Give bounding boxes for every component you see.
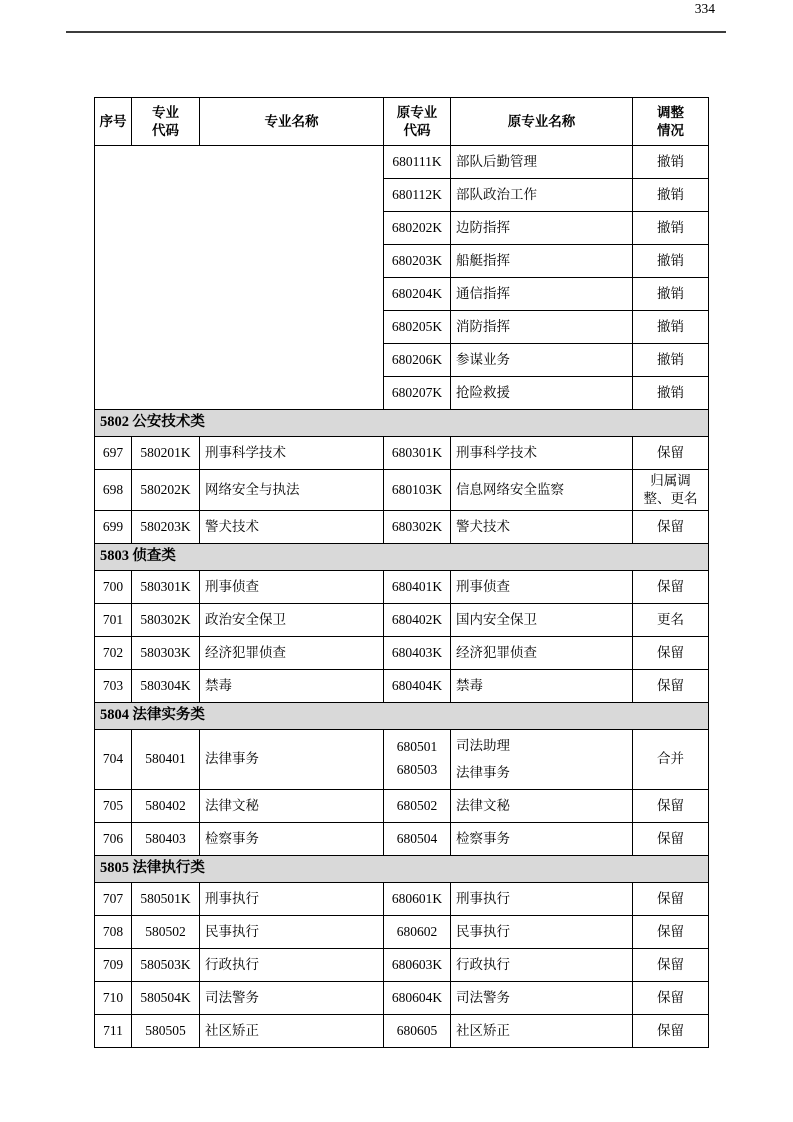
- major-code-cell: 580201K: [132, 437, 200, 470]
- old-name-cell: 部队政治工作: [451, 179, 633, 212]
- old-code-cell: 680111K: [384, 146, 451, 179]
- table-row: 697580201K刑事科学技术680301K刑事科学技术保留: [95, 437, 709, 470]
- header-major-code: 专业 代码: [132, 98, 200, 146]
- serial-cell: 703: [95, 669, 132, 702]
- major-name-cell: 经济犯罪侦查: [200, 636, 384, 669]
- table-row: 704580401法律事务680501 680503司法助理 法律事务合并: [95, 729, 709, 789]
- section-code: 5805: [100, 860, 129, 876]
- table-row: 700580301K刑事侦查680401K刑事侦查保留: [95, 570, 709, 603]
- old-name-cell: 社区矫正: [451, 1014, 633, 1047]
- section-header-row: 5804 法律实务类: [95, 702, 709, 729]
- adjustment-cell: 撤销: [633, 146, 709, 179]
- adjustment-cell: 撤销: [633, 278, 709, 311]
- old-name-cell: 部队后勤管理: [451, 146, 633, 179]
- old-name-cell: 边防指挥: [451, 212, 633, 245]
- major-code-cell: 580501K: [132, 882, 200, 915]
- old-code-cell: 680602: [384, 915, 451, 948]
- adjustment-cell: 保留: [633, 981, 709, 1014]
- adjustment-cell: 保留: [633, 636, 709, 669]
- major-code-cell: 580402: [132, 789, 200, 822]
- old-name-cell: 消防指挥: [451, 311, 633, 344]
- major-name-cell: 刑事科学技术: [200, 437, 384, 470]
- old-name-cell: 司法警务: [451, 981, 633, 1014]
- header-serial: 序号: [95, 98, 132, 146]
- old-code-cell: 680103K: [384, 470, 451, 511]
- header-adjustment: 调整 情况: [633, 98, 709, 146]
- old-code-cell: 680206K: [384, 344, 451, 377]
- table-row: 680111K部队后勤管理撤销: [95, 146, 709, 179]
- section-title: 5802 公安技术类: [95, 410, 709, 437]
- serial-cell: 699: [95, 510, 132, 543]
- adjustment-cell: 保留: [633, 822, 709, 855]
- major-name-cell: 司法警务: [200, 981, 384, 1014]
- major-name-cell: 刑事执行: [200, 882, 384, 915]
- serial-cell: 706: [95, 822, 132, 855]
- serial-cell: 698: [95, 470, 132, 511]
- merged-empty-cell: [95, 146, 384, 410]
- page-number: 334: [695, 1, 715, 17]
- old-name-cell: 经济犯罪侦查: [451, 636, 633, 669]
- old-name-cell: 抢险救援: [451, 377, 633, 410]
- adjustment-cell: 保留: [633, 948, 709, 981]
- adjustment-cell: 撤销: [633, 245, 709, 278]
- major-name-cell: 警犬技术: [200, 510, 384, 543]
- table-row: 707580501K刑事执行680601K刑事执行保留: [95, 882, 709, 915]
- serial-cell: 707: [95, 882, 132, 915]
- old-code-cell: 680601K: [384, 882, 451, 915]
- major-name-cell: 法律文秘: [200, 789, 384, 822]
- table-row: 702580303K经济犯罪侦查680403K经济犯罪侦查保留: [95, 636, 709, 669]
- section-code: 5803: [100, 548, 129, 564]
- major-code-cell: 580504K: [132, 981, 200, 1014]
- header-old-code: 原专业 代码: [384, 98, 451, 146]
- adjustment-cell: 保留: [633, 915, 709, 948]
- old-name-cell: 参谋业务: [451, 344, 633, 377]
- major-name-cell: 民事执行: [200, 915, 384, 948]
- table-row: 709580503K行政执行680603K行政执行保留: [95, 948, 709, 981]
- serial-cell: 708: [95, 915, 132, 948]
- old-code-cell: 680204K: [384, 278, 451, 311]
- old-code-cell: 680501 680503: [384, 729, 451, 789]
- table-header: 序号 专业 代码 专业名称 原专业 代码 原专业名称 调整 情况: [95, 98, 709, 146]
- table-row: 701580302K政治安全保卫680402K国内安全保卫更名: [95, 603, 709, 636]
- serial-cell: 711: [95, 1014, 132, 1047]
- adjustment-cell: 保留: [633, 1014, 709, 1047]
- section-header-row: 5802 公安技术类: [95, 410, 709, 437]
- old-code-cell: 680504: [384, 822, 451, 855]
- table-row: 710580504K司法警务680604K司法警务保留: [95, 981, 709, 1014]
- old-code-cell: 680202K: [384, 212, 451, 245]
- section-code: 5804: [100, 707, 129, 723]
- major-name-cell: 法律事务: [200, 729, 384, 789]
- header-old-name: 原专业名称: [451, 98, 633, 146]
- old-name-cell: 警犬技术: [451, 510, 633, 543]
- old-name-cell: 刑事执行: [451, 882, 633, 915]
- adjustment-cell: 撤销: [633, 212, 709, 245]
- major-code-cell: 580502: [132, 915, 200, 948]
- section-title: 5805 法律执行类: [95, 855, 709, 882]
- section-label: 公安技术类: [132, 414, 205, 430]
- old-code-cell: 680603K: [384, 948, 451, 981]
- adjustment-cell: 保留: [633, 669, 709, 702]
- old-name-cell: 司法助理 法律事务: [451, 729, 633, 789]
- major-name-cell: 检察事务: [200, 822, 384, 855]
- old-name-cell: 行政执行: [451, 948, 633, 981]
- major-name-cell: 行政执行: [200, 948, 384, 981]
- major-code-cell: 580301K: [132, 570, 200, 603]
- table-header-row: 序号 专业 代码 专业名称 原专业 代码 原专业名称 调整 情况: [95, 98, 709, 146]
- major-name-cell: 刑事侦查: [200, 570, 384, 603]
- section-label: 法律实务类: [132, 707, 205, 723]
- major-name-cell: 社区矫正: [200, 1014, 384, 1047]
- major-code-cell: 580203K: [132, 510, 200, 543]
- adjustment-cell: 保留: [633, 789, 709, 822]
- table-row: 711580505社区矫正680605社区矫正保留: [95, 1014, 709, 1047]
- adjustment-cell: 保留: [633, 570, 709, 603]
- old-code-cell: 680203K: [384, 245, 451, 278]
- serial-cell: 702: [95, 636, 132, 669]
- old-code-cell: 680401K: [384, 570, 451, 603]
- adjustment-cell: 归属调整、更名: [633, 470, 709, 511]
- major-code-cell: 580503K: [132, 948, 200, 981]
- section-label: 法律执行类: [132, 860, 205, 876]
- old-code-cell: 680403K: [384, 636, 451, 669]
- old-code-cell: 680207K: [384, 377, 451, 410]
- adjustment-cell: 保留: [633, 882, 709, 915]
- adjustment-cell: 撤销: [633, 377, 709, 410]
- major-name-cell: 禁毒: [200, 669, 384, 702]
- section-title: 5803 侦查类: [95, 543, 709, 570]
- major-code-cell: 580303K: [132, 636, 200, 669]
- old-name-cell: 船艇指挥: [451, 245, 633, 278]
- serial-cell: 704: [95, 729, 132, 789]
- table-row: 699580203K警犬技术680302K警犬技术保留: [95, 510, 709, 543]
- old-code-cell: 680604K: [384, 981, 451, 1014]
- serial-cell: 700: [95, 570, 132, 603]
- header-rule: [66, 31, 726, 33]
- old-name-cell: 检察事务: [451, 822, 633, 855]
- old-code-cell: 680301K: [384, 437, 451, 470]
- section-header-row: 5805 法律执行类: [95, 855, 709, 882]
- old-name-cell: 信息网络安全监察: [451, 470, 633, 511]
- old-name-cell: 刑事科学技术: [451, 437, 633, 470]
- table-row: 708580502民事执行680602民事执行保留: [95, 915, 709, 948]
- serial-cell: 697: [95, 437, 132, 470]
- table-row: 703580304K禁毒680404K禁毒保留: [95, 669, 709, 702]
- adjustment-cell: 保留: [633, 437, 709, 470]
- major-code-cell: 580304K: [132, 669, 200, 702]
- section-code: 5802: [100, 414, 129, 430]
- serial-cell: 705: [95, 789, 132, 822]
- section-title: 5804 法律实务类: [95, 702, 709, 729]
- old-code-cell: 680502: [384, 789, 451, 822]
- serial-cell: 701: [95, 603, 132, 636]
- major-code-cell: 580505: [132, 1014, 200, 1047]
- document-page: 334 序号 专业 代码 专业名称 原专业 代码 原专业名称 调整 情况 680…: [0, 0, 793, 1122]
- major-code-cell: 580202K: [132, 470, 200, 511]
- serial-cell: 709: [95, 948, 132, 981]
- adjustment-cell: 保留: [633, 510, 709, 543]
- old-name-cell: 国内安全保卫: [451, 603, 633, 636]
- major-code-cell: 580403: [132, 822, 200, 855]
- table-row: 705580402法律文秘680502法律文秘保留: [95, 789, 709, 822]
- old-code-cell: 680112K: [384, 179, 451, 212]
- section-label: 侦查类: [132, 548, 176, 564]
- old-code-cell: 680404K: [384, 669, 451, 702]
- old-name-cell: 刑事侦查: [451, 570, 633, 603]
- adjustment-cell: 合并: [633, 729, 709, 789]
- adjustment-cell: 撤销: [633, 344, 709, 377]
- major-code-cell: 580401: [132, 729, 200, 789]
- adjustment-cell: 撤销: [633, 311, 709, 344]
- section-header-row: 5803 侦查类: [95, 543, 709, 570]
- serial-cell: 710: [95, 981, 132, 1014]
- adjustment-cell: 更名: [633, 603, 709, 636]
- old-code-cell: 680605: [384, 1014, 451, 1047]
- table-body: 680111K部队后勤管理撤销680112K部队政治工作撤销680202K边防指…: [95, 146, 709, 1048]
- table-row: 698580202K网络安全与执法680103K信息网络安全监察归属调整、更名: [95, 470, 709, 511]
- old-code-cell: 680402K: [384, 603, 451, 636]
- old-name-cell: 法律文秘: [451, 789, 633, 822]
- major-name-cell: 政治安全保卫: [200, 603, 384, 636]
- major-catalog-table: 序号 专业 代码 专业名称 原专业 代码 原专业名称 调整 情况 680111K…: [94, 97, 709, 1048]
- old-name-cell: 民事执行: [451, 915, 633, 948]
- old-name-cell: 禁毒: [451, 669, 633, 702]
- old-code-cell: 680302K: [384, 510, 451, 543]
- adjustment-cell: 撤销: [633, 179, 709, 212]
- old-code-cell: 680205K: [384, 311, 451, 344]
- major-code-cell: 580302K: [132, 603, 200, 636]
- old-name-cell: 通信指挥: [451, 278, 633, 311]
- header-major-name: 专业名称: [200, 98, 384, 146]
- table-row: 706580403检察事务680504检察事务保留: [95, 822, 709, 855]
- major-name-cell: 网络安全与执法: [200, 470, 384, 511]
